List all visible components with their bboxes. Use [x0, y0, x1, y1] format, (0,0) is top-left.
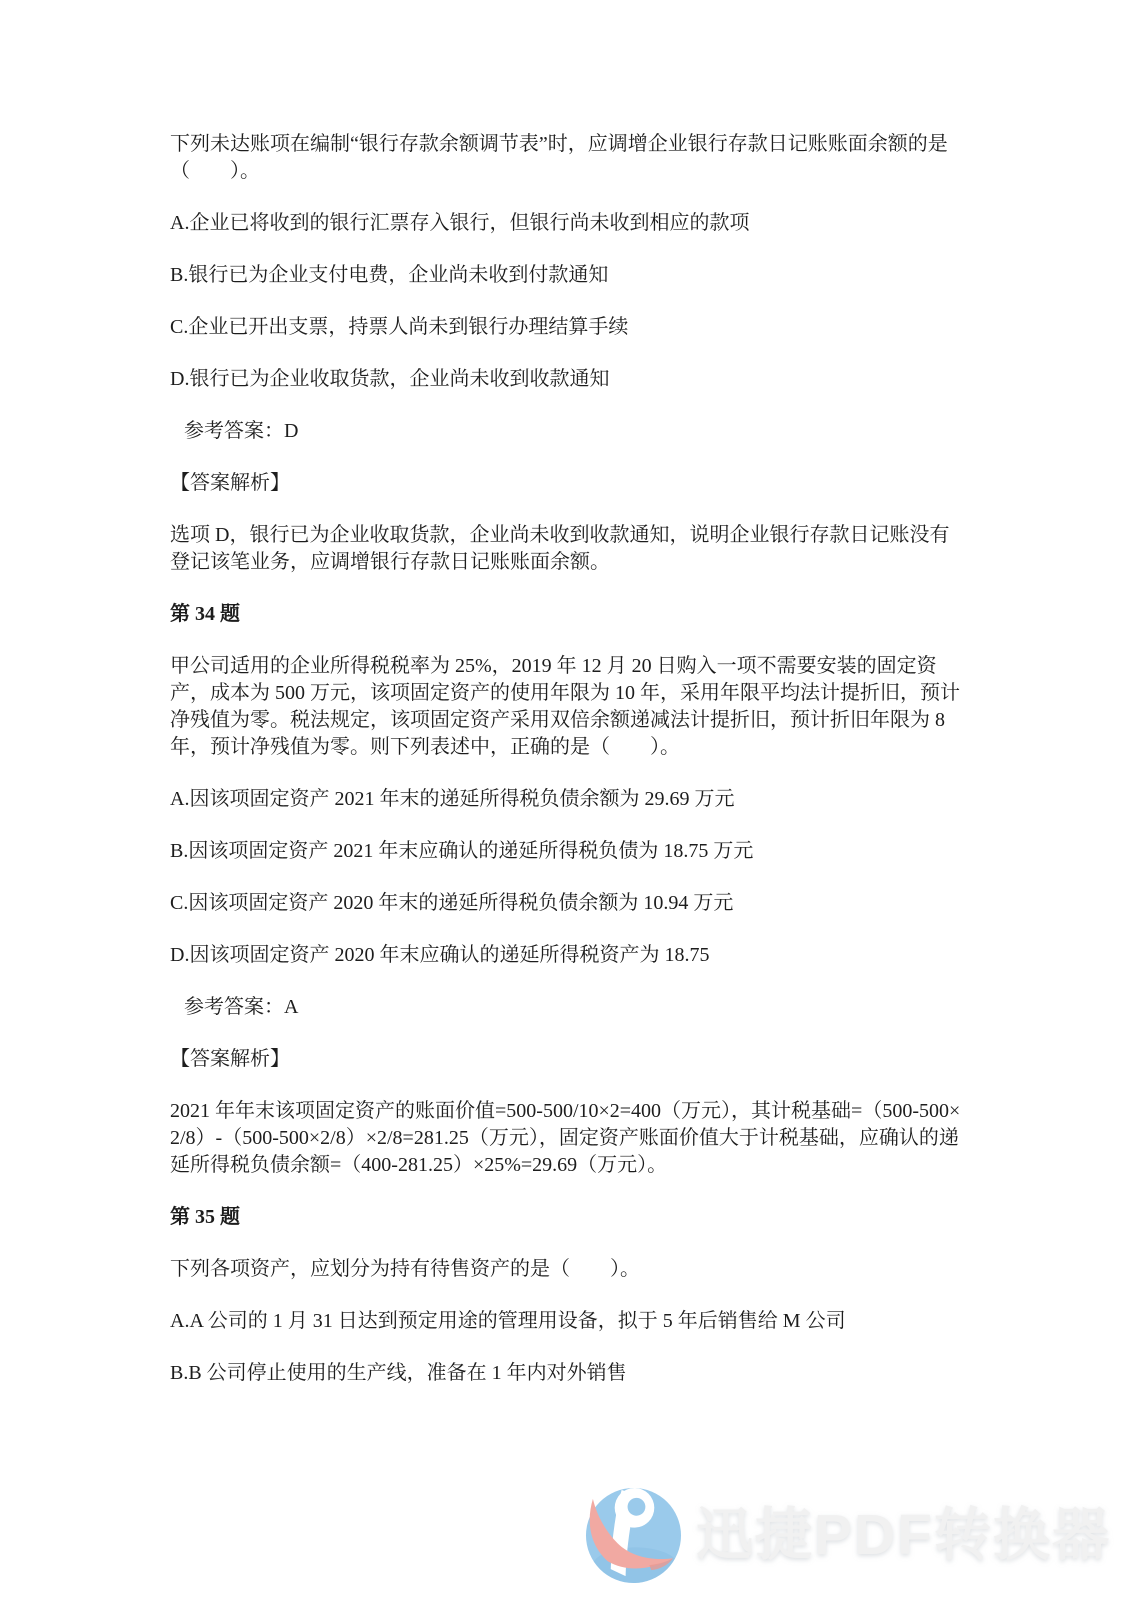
watermark-text: 迅捷PDF转换器: [696, 1489, 1111, 1571]
option-a: A.因该项固定资产 2021 年末的递延所得税负债余额为 29.69 万元: [170, 786, 965, 813]
question-stem: 下列未达账项在编制“银行存款余额调节表”时，应调增企业银行存款日记账账面余额的是…: [170, 131, 965, 185]
option-c: C.企业已开出支票，持票人尚未到银行办理结算手续: [170, 314, 965, 341]
question-content: 下列未达账项在编制“银行存款余额调节表”时，应调增企业银行存款日记账账面余额的是…: [170, 131, 965, 1412]
option-a: A.A 公司的 1 月 31 日达到预定用途的管理用设备，拟于 5 年后销售给 …: [170, 1308, 965, 1335]
analysis-heading: 【答案解析】: [170, 470, 965, 497]
pdf-converter-logo-icon: [584, 1486, 683, 1585]
reference-answer: 参考答案：D: [170, 418, 965, 445]
option-b: B.银行已为企业支付电费，企业尚未收到付款通知: [170, 262, 965, 289]
question-stem: 甲公司适用的企业所得税税率为 25%，2019 年 12 月 20 日购入一项不…: [170, 653, 965, 761]
watermark: 迅捷PDF转换器: [584, 1486, 1111, 1585]
question-35-heading: 第 35 题: [170, 1204, 965, 1231]
option-c: C.因该项固定资产 2020 年末的递延所得税负债余额为 10.94 万元: [170, 890, 965, 917]
reference-answer: 参考答案：A: [170, 994, 965, 1021]
option-d: D.银行已为企业收取货款，企业尚未收到收款通知: [170, 366, 965, 393]
option-b: B.因该项固定资产 2021 年末应确认的递延所得税负债为 18.75 万元: [170, 838, 965, 865]
exam-document-page: 下列未达账项在编制“银行存款余额调节表”时，应调增企业银行存款日记账账面余额的是…: [0, 0, 1131, 1600]
option-a: A.企业已将收到的银行汇票存入银行，但银行尚未收到相应的款项: [170, 210, 965, 237]
option-d: D.因该项固定资产 2020 年末应确认的递延所得税资产为 18.75: [170, 942, 965, 969]
option-b: B.B 公司停止使用的生产线，准备在 1 年内对外销售: [170, 1360, 965, 1387]
analysis-heading: 【答案解析】: [170, 1046, 965, 1073]
analysis-text: 2021 年年末该项固定资产的账面价值=500-500/10×2=400（万元）…: [170, 1098, 965, 1179]
question-stem: 下列各项资产，应划分为持有待售资产的是（ ）。: [170, 1256, 965, 1283]
analysis-text: 选项 D，银行已为企业收取货款，企业尚未收到收款通知，说明企业银行存款日记账没有…: [170, 522, 965, 576]
question-34-heading: 第 34 题: [170, 601, 965, 628]
